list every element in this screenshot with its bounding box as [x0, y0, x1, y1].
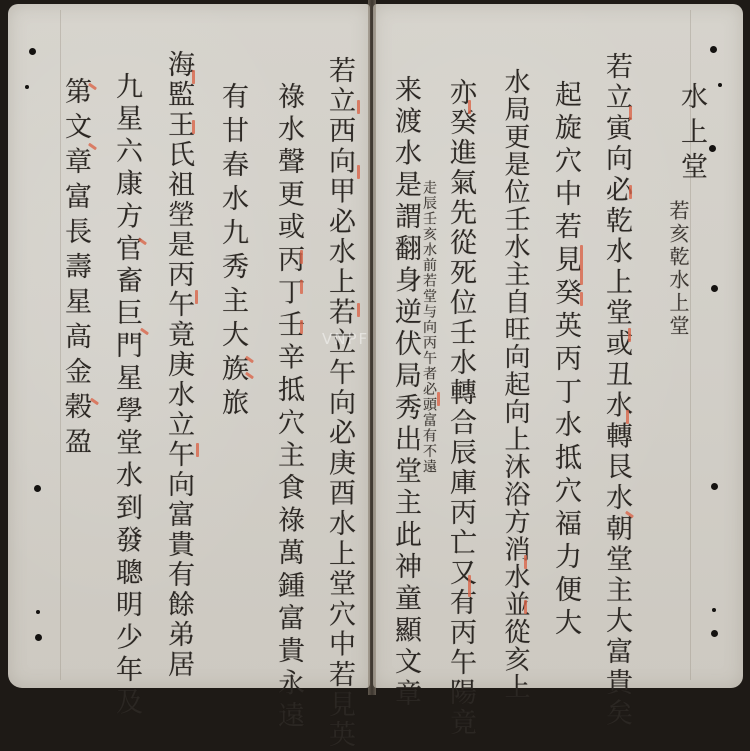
binding-hole	[718, 83, 722, 87]
red-annotation-mark	[524, 555, 527, 569]
binding-hole	[711, 285, 718, 292]
red-annotation-mark	[524, 600, 527, 614]
watermark: VNPF	[322, 330, 369, 348]
text-column-r2: 起旋穴中若見癸英丙丁水抵穴福力便大	[552, 80, 579, 641]
manuscript-spread: 水上堂 若亥乾水上堂 若立寅向必乾水上堂或丑水轉艮水朝堂主大富貴矣 起旋穴中若見…	[0, 0, 750, 695]
red-annotation-mark	[357, 165, 360, 179]
red-annotation-mark	[626, 410, 629, 424]
red-annotation-mark	[629, 185, 632, 199]
binding-hole	[25, 85, 29, 89]
binding-hole	[36, 610, 40, 614]
binding-hole	[29, 48, 36, 55]
text-column-l4: 海監王氏祖塋是丙午竟庚水立午向富貴有餘弟居	[165, 50, 192, 680]
binding-hole	[711, 483, 718, 490]
text-column-r5: 来渡水是謂翻身逆伏局秀出堂主此神童顯文章	[392, 75, 419, 695]
red-annotation-mark	[357, 100, 360, 114]
binding-hole	[711, 630, 718, 637]
red-annotation-mark	[468, 100, 471, 114]
text-column-l3: 有甘春水九秀主大族旅	[219, 82, 246, 422]
book-spine	[368, 0, 376, 695]
red-annotation-mark	[437, 392, 440, 406]
red-annotation-mark	[300, 250, 303, 264]
text-column-l6: 第文章富長壽星高金榖盈	[62, 77, 89, 462]
text-column-r1: 若立寅向必乾水上堂或丑水轉艮水朝堂主大富貴矣	[603, 52, 630, 695]
red-annotation-mark	[629, 106, 632, 120]
text-column-l5: 九星六康方官畜巨門星學堂水到發聰明少年及	[113, 72, 140, 695]
red-annotation-mark	[357, 303, 360, 317]
binding-hole	[712, 608, 716, 612]
interlinear-note: 走辰壬亥水前若堂与向丙午者必頭富有不遠	[422, 180, 436, 475]
red-annotation-mark	[192, 70, 195, 84]
red-annotation-mark	[628, 328, 631, 342]
red-annotation-mark	[300, 320, 303, 334]
red-annotation-mark	[580, 245, 583, 285]
binding-hole	[710, 46, 717, 53]
title-note: 若亥乾水上堂	[668, 200, 688, 338]
red-annotation-mark	[300, 280, 303, 294]
text-column-l1: 若立西向甲必水上若立午向必庚酉水上堂穴中若見英	[326, 56, 353, 695]
section-title: 水上堂	[678, 82, 705, 187]
binding-hole	[709, 145, 716, 152]
binding-hole	[35, 634, 42, 641]
red-annotation-mark	[580, 292, 583, 306]
red-annotation-mark	[468, 575, 471, 597]
red-annotation-mark	[196, 443, 199, 457]
text-column-r4: 亦癸進氣先從死位壬水轉合辰庫丙亡又有丙午陽竟	[447, 78, 474, 695]
binding-hole	[34, 485, 41, 492]
text-column-l2: 祿水聲更或丙丁壬辛抵穴主食祿萬鍾富貴永遠	[275, 82, 302, 695]
red-annotation-mark	[192, 120, 195, 134]
red-annotation-mark	[195, 290, 198, 304]
